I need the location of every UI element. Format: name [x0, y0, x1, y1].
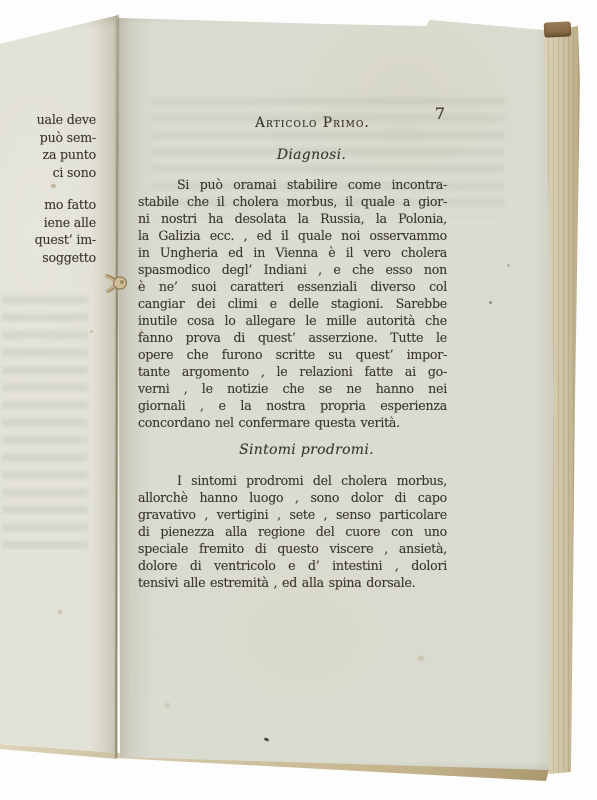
text-line: in Ungheria ed in Vienna è il vero chole…: [138, 244, 447, 261]
left-page-text-fragment: mo fattoiene allequest’ im-soggetto: [0, 196, 97, 266]
text-line: verni , le notizie che se ne hanno nei: [138, 380, 447, 397]
book-photo: uale devepuò sem-za puntoci sono mo fatt…: [0, 0, 597, 800]
diagnosis-paragraph: Si può oramai stabilire come incontra-st…: [138, 176, 447, 431]
text-line: za punto: [0, 146, 96, 164]
text-line: mo fatto: [0, 196, 96, 214]
text-line: Si può oramai stabilire come incontra-: [138, 176, 447, 193]
text-line: è ne’ suoi caratteri essenziali diverso …: [138, 278, 447, 295]
article-heading: Articolo Primo.: [158, 115, 467, 131]
text-line: stabile che il cholera morbus, il quale …: [138, 193, 447, 210]
prodromal-symptoms-paragraph: I sintomi prodromi del cholera morbus,al…: [138, 472, 447, 591]
text-line: uale deve: [0, 111, 96, 129]
text-line: I sintomi prodromi del cholera morbus,: [138, 472, 447, 489]
text-line: iene alle: [0, 214, 96, 232]
left-page-text-fragment: uale devepuò sem-za puntoci sono: [0, 111, 97, 181]
binding-gutter: [115, 15, 119, 758]
text-line: può sem-: [0, 129, 96, 147]
text-line: di pienezza alla regione del cuore con u…: [138, 523, 447, 540]
text-line: ni nostri ha desolata la Russia, la Polo…: [138, 210, 447, 227]
text-line: la Galizia ecc. , ed il quale noi osserv…: [138, 227, 447, 244]
text-line: tensivi alle estremità , ed alla spina d…: [138, 574, 447, 591]
text-line: speciale fremito di questo viscere , ans…: [138, 540, 447, 557]
binding-thread: [103, 271, 133, 297]
text-line: tante argomento , le relazioni fatte ai …: [138, 363, 447, 380]
text-line: cangiar dei climi e delle stagioni. Sare…: [138, 295, 447, 312]
text-line: opere che furono scritte su quest’ impor…: [138, 346, 447, 363]
text-line: gravativo , vertigini , sete , senso par…: [138, 506, 447, 523]
text-line: fanno prova di quest’ asserzione. Tutte …: [138, 329, 447, 346]
text-line: inutile cosa lo allegare le mille autori…: [138, 312, 447, 329]
binding-top-fragment: [544, 21, 572, 37]
text-line: allorchè hanno luogo , sono dolor di cap…: [138, 489, 447, 506]
prodromal-symptoms-heading: Sintomi prodromi.: [152, 442, 461, 458]
text-line: giornali , e la nostra propria esperienz…: [138, 397, 447, 414]
diagnosis-heading: Diagnosi.: [157, 147, 466, 163]
text-line: ci sono: [0, 164, 96, 182]
text-line: soggetto: [0, 249, 96, 267]
text-line: quest’ im-: [0, 231, 96, 249]
text-line: spasmodico degl’ Indiani , e che esso no…: [138, 261, 447, 278]
text-line: concordano nel confermare questa verità.: [138, 414, 447, 431]
text-line: dolore di ventricolo e d’ intestini , do…: [138, 557, 447, 574]
